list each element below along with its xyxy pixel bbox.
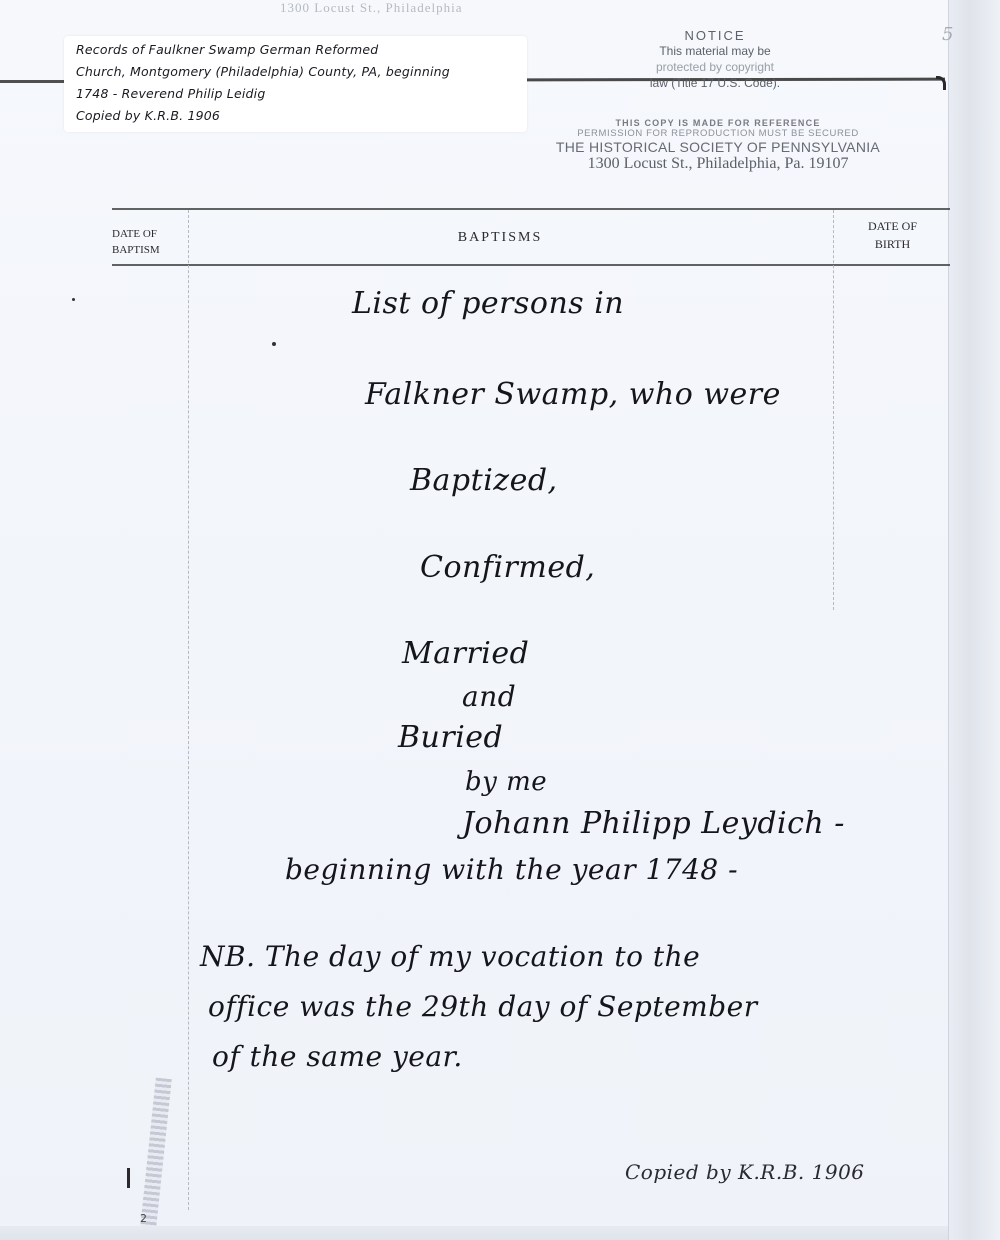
column-rule-right xyxy=(833,210,834,610)
notice-line-1: This material may be xyxy=(620,43,810,59)
notice-line-3: law (Title 17 U.S. Code). xyxy=(620,75,810,91)
stamp-line-4: 1300 Locust St., Philadelphia, Pa. 19107 xyxy=(548,155,888,173)
handwriting-line-1: List of persons in xyxy=(352,286,624,321)
header-rule-top xyxy=(112,208,950,210)
header-date-of-birth-line2: BIRTH xyxy=(845,235,940,253)
handwriting-line-10: beginning with the year 1748 - xyxy=(285,853,738,886)
handwriting-note-line-3: of the same year. xyxy=(212,1040,463,1073)
historical-society-stamp: THIS COPY IS MADE FOR REFERENCE PERMISSI… xyxy=(548,118,888,173)
handwriting-line-6: and xyxy=(462,680,516,713)
handwriting-note-line-2: office was the 29th day of September xyxy=(208,990,758,1023)
fold-line-left xyxy=(0,80,64,83)
stamp-line-1: THIS COPY IS MADE FOR REFERENCE xyxy=(548,118,888,128)
header-date-of-baptism: DATE OF BAPTISM xyxy=(112,226,176,258)
header-date-of-baptism-line2: BAPTISM xyxy=(112,242,176,258)
scanner-edge xyxy=(948,0,1000,1240)
margin-smudge xyxy=(140,1078,172,1229)
paper-speck xyxy=(72,298,75,301)
stamp-line-2: PERMISSION FOR REPRODUCTION MUST BE SECU… xyxy=(548,128,888,139)
scanner-bottom-edge xyxy=(0,1226,948,1240)
notice-title: NOTICE xyxy=(620,28,810,43)
header-baptisms: BAPTISMS xyxy=(190,230,810,246)
handwriting-line-5: Married xyxy=(402,636,529,671)
handwriting-line-3: Baptized, xyxy=(410,463,558,498)
copied-by-signature: Copied by K.R.B. 1906 xyxy=(625,1160,865,1184)
header-date-of-birth: DATE OF BIRTH xyxy=(845,217,940,253)
margin-mark xyxy=(127,1168,130,1188)
column-rule-left xyxy=(188,210,189,1210)
handwriting-line-7: Buried xyxy=(398,720,503,755)
label-line-3: 1748 - Reverend Philip Leidig xyxy=(76,86,265,101)
catalog-label-card: Records of Faulkner Swamp German Reforme… xyxy=(64,36,527,132)
margin-number: 2 xyxy=(140,1212,147,1225)
handwriting-line-2: Falkner Swamp, who were xyxy=(365,377,781,412)
label-line-4: Copied by K.R.B. 1906 xyxy=(76,108,220,123)
header-rule-bottom xyxy=(112,264,950,266)
page-number: 5 xyxy=(942,24,953,45)
handwriting-line-4: Confirmed, xyxy=(420,550,595,585)
faint-header-text: 1300 Locust St., Philadelphia xyxy=(280,0,462,16)
handwriting-line-8: by me xyxy=(465,767,547,797)
handwriting-note-line-1: NB. The day of my vocation to the xyxy=(200,940,700,973)
header-date-of-birth-line1: DATE OF xyxy=(845,217,940,235)
scanned-document-page: 1300 Locust St., Philadelphia Records of… xyxy=(0,0,1000,1240)
paper-speck xyxy=(272,342,276,346)
handwriting-signature: Johann Philipp Leydich - xyxy=(462,806,845,841)
label-line-2: Church, Montgomery (Philadelphia) County… xyxy=(76,64,450,79)
copyright-notice: NOTICE This material may be protected by… xyxy=(620,28,810,91)
stamp-line-3: THE HISTORICAL SOCIETY OF PENNSYLVANIA xyxy=(548,139,888,155)
header-date-of-baptism-line1: DATE OF xyxy=(112,226,176,242)
notice-line-2: protected by copyright xyxy=(620,59,810,75)
label-line-1: Records of Faulkner Swamp German Reforme… xyxy=(76,42,378,57)
